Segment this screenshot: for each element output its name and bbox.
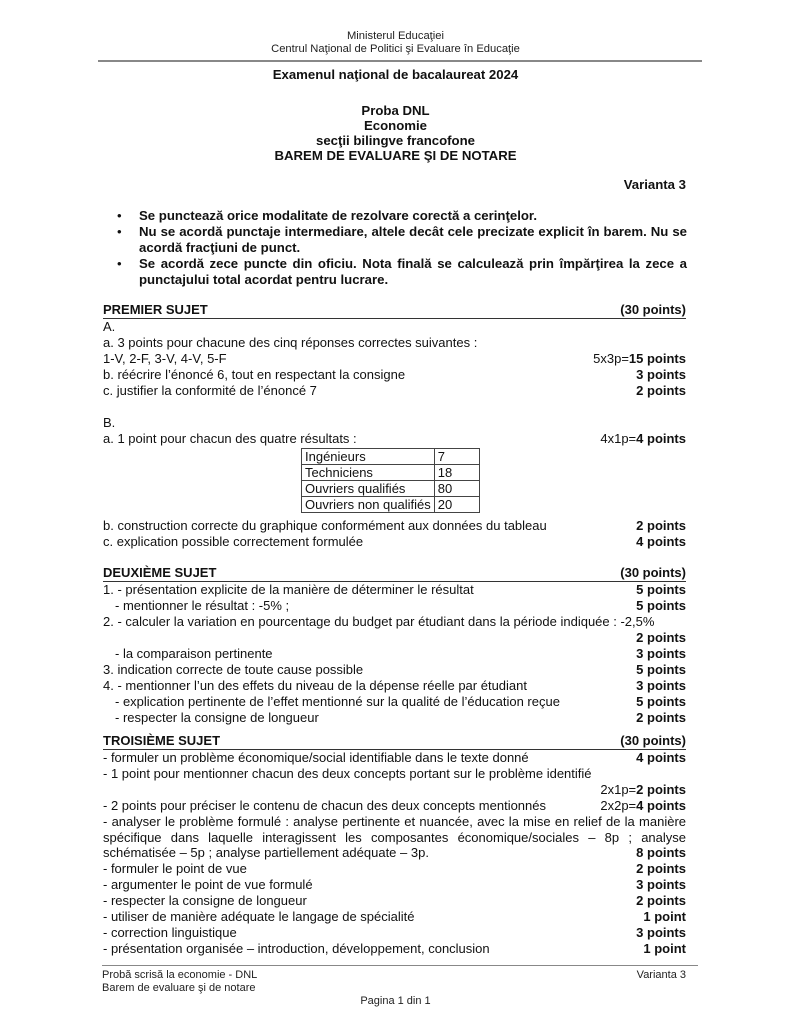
exam-title: Examenul naţional de bacalaureat 2024 [0,67,791,83]
item-points: 2 points [636,518,686,534]
center-name: Centrul Naţional de Politici şi Evaluare… [0,43,791,56]
section-points: (30 points) [620,733,686,749]
deuxieme-sujet: DEUXIÈME SUJET (30 points) 1. - présenta… [103,565,686,726]
value-cell: 80 [434,481,479,497]
item-text: c. justifier la conformité de l’énoncé 7 [103,383,317,399]
points-value: 5 points [636,694,686,709]
points-value: 2 points [636,383,686,398]
item-row: 3. indication correcte de toute cause po… [103,662,686,678]
item-row: 4. - mentionner l’un des effets du nivea… [103,678,686,694]
category-cell: Techniciens [302,465,435,481]
points-value: 5 points [636,598,686,613]
item-text: - présentation organisée – introduction,… [103,941,490,957]
results-table: Ingénieurs7Techniciens18Ouvriers qualifi… [301,448,480,513]
section-points: (30 points) [620,565,686,581]
item-text: - analyser le problème formulé : analyse… [103,814,686,861]
item-row: 2x1p=2 points [103,782,686,798]
premier-sujet: PREMIER SUJET (30 points) A. a. 3 points… [103,302,686,447]
item-text: 2. - calculer la variation en pourcentag… [103,614,654,630]
points-value: 4 points [636,750,686,765]
section-points-text: (30 points) [620,302,686,317]
item-row: 2 points [103,630,686,646]
table-row: Techniciens18 [302,465,480,481]
value-cell: 7 [434,449,479,465]
item-text: - la comparaison pertinente [103,646,273,662]
points-value: 1 point [643,941,686,956]
table-row: Ouvriers non qualifiés20 [302,497,480,513]
points-value: 8 points [636,845,686,861]
table-row: Ingénieurs7 [302,449,480,465]
points-value: 4 points [636,431,686,446]
section-title: DEUXIÈME SUJET [103,565,216,581]
footer-left-2: Barem de evaluare şi de notare [102,982,255,995]
item-text: c. explication possible correctement for… [103,534,363,550]
item-points: 3 points [636,367,686,383]
item-row: a. 3 points pour chacune des cinq répons… [103,335,686,351]
item-text: 4. - mentionner l’un des effets du nivea… [103,678,527,694]
item-points: 5x3p=15 points [593,351,686,367]
instructions-list: •Se punctează orice modalitate de rezolv… [120,208,687,288]
proba-title: Proba DNL [0,103,791,119]
item-text: b. réécrire l’énoncé 6, tout en respecta… [103,367,405,383]
item-text: - explication pertinente de l’effet ment… [103,694,560,710]
item-row: - utiliser de manière adéquate le langag… [103,909,686,925]
part-a-label: A. [103,319,115,335]
instruction-item: •Se acordă zece puncte din oficiu. Nota … [120,256,687,288]
points-value: 5 points [636,662,686,677]
item-row: a. 1 point pour chacun des quatre résult… [103,431,686,447]
section-points-text: (30 points) [620,565,686,580]
item-text: - respecter la consigne de longueur [103,710,319,726]
footer-left-1: Probă scrisă la economie - DNL [102,969,257,982]
points-value: 3 points [636,877,686,892]
item-row: - explication pertinente de l’effet ment… [103,694,686,710]
item-row: - la comparaison pertinente 3 points [103,646,686,662]
points-value: 3 points [636,925,686,940]
points-value: 15 points [629,351,686,366]
item-row: - 1 point pour mentionner chacun des deu… [103,766,686,782]
category-cell: Ouvriers qualifiés [302,481,435,497]
item-text: 1. - présentation explicite de la manièr… [103,582,474,598]
bullet-icon: • [117,224,122,240]
item-row: c. explication possible correctement for… [103,534,686,550]
item-row: 2. - calculer la variation en pourcentag… [103,614,686,630]
instruction-item: •Nu se acordă punctaje intermediare, alt… [120,224,687,256]
points-value: 4 points [636,534,686,549]
points-value: 3 points [636,367,686,382]
item-row: c. justifier la conformité de l’énoncé 7… [103,383,686,399]
item-text: a. 3 points pour chacune des cinq répons… [103,335,477,351]
points-value: 2 points [636,782,686,797]
item-row: - correction linguistique 3 points [103,925,686,941]
points-value: 2 points [636,710,686,725]
table-row: Ouvriers qualifiés80 [302,481,480,497]
item-text: - 1 point pour mentionner chacun des deu… [103,766,592,782]
points-value: 5 points [636,582,686,597]
item-row: - 2 points pour préciser le contenu de c… [103,798,686,814]
points-calc: 5x3p= [593,351,629,366]
points-value: 3 points [636,678,686,693]
premier-sujet-b: b. construction correcte du graphique co… [103,518,686,550]
points-value: 4 points [636,798,686,813]
item-row: - respecter la consigne de longueur 2 po… [103,710,686,726]
barem-title: BAREM DE EVALUARE ŞI DE NOTARE [0,148,791,164]
section-points: (30 points) [620,302,686,318]
points-value: 2 points [636,630,686,645]
item-points: 4x1p=4 points [600,431,686,447]
bullet-icon: • [117,208,122,224]
points-value: 2 points [636,893,686,908]
item-text: a. 1 point pour chacun des quatre résult… [103,431,357,447]
section-title: secţii bilingve francofone [0,133,791,149]
item-row: - analyser le problème formulé : analyse… [103,814,686,861]
item-row: b. réécrire l’énoncé 6, tout en respecta… [103,367,686,383]
item-points: 4 points [636,534,686,550]
item-text: - utiliser de manière adéquate le langag… [103,909,414,925]
subject-title: Economie [0,118,791,134]
points-calc: 2x2p= [600,798,636,813]
item-row: - respecter la consigne de longueur 2 po… [103,893,686,909]
item-row: 1-V, 2-F, 3-V, 4-V, 5-F 5x3p=15 points [103,351,686,367]
item-text: - respecter la consigne de longueur [103,893,307,909]
item-row: - formuler le point de vue 2 points [103,861,686,877]
part-label: A. [103,319,686,335]
footer-rule [102,965,698,966]
section-header: DEUXIÈME SUJET (30 points) [103,565,686,582]
section-header: PREMIER SUJET (30 points) [103,302,686,319]
section-points-text: (30 points) [620,733,686,748]
category-cell: Ingénieurs [302,449,435,465]
value-cell: 20 [434,497,479,513]
instruction-text: Se acordă zece puncte din oficiu. Nota f… [139,256,687,287]
instruction-text: Se punctează orice modalitate de rezolva… [139,208,537,223]
part-b-label: B. [103,415,115,431]
item-row: b. construction correcte du graphique co… [103,518,686,534]
item-row: - présentation organisée – introduction,… [103,941,686,957]
item-text: 3. indication correcte de toute cause po… [103,662,363,678]
answers-text: 1-V, 2-F, 3-V, 4-V, 5-F [103,351,227,367]
section-title: TROISIÈME SUJET [103,733,220,749]
item-points: 2 points [636,383,686,399]
item-text: - mentionner le résultat : -5% ; [103,598,289,614]
page-number: Pagina 1 din 1 [0,995,791,1008]
section-header: TROISIÈME SUJET (30 points) [103,733,686,750]
item-text: - formuler un problème économique/social… [103,750,529,766]
section-title: PREMIER SUJET [103,302,208,318]
points-value: 2 points [636,518,686,533]
bullet-icon: • [117,256,122,272]
variant-label: Varianta 3 [624,177,686,192]
value-cell: 18 [434,465,479,481]
points-calc: 4x1p= [600,431,636,446]
part-label: B. [103,415,686,431]
item-row: - mentionner le résultat : -5% ; 5 point… [103,598,686,614]
instruction-item: •Se punctează orice modalitate de rezolv… [120,208,687,224]
footer-variant: Varianta 3 [637,969,686,982]
points-value: 3 points [636,646,686,661]
item-text: - 2 points pour préciser le contenu de c… [103,798,546,814]
category-cell: Ouvriers non qualifiés [302,497,435,513]
item-text: - formuler le point de vue [103,861,247,877]
ministry-name: Ministerul Educaţiei [0,30,791,43]
points-value: 1 point [643,909,686,924]
item-text: - argumenter le point de vue formulé [103,877,313,893]
points-calc: 2x1p= [600,782,636,797]
item-row: - argumenter le point de vue formulé 3 p… [103,877,686,893]
item-row: - formuler un problème économique/social… [103,750,686,766]
item-text: b. construction correcte du graphique co… [103,518,547,534]
item-text: - correction linguistique [103,925,237,941]
header-rule [98,60,702,62]
troisieme-sujet: TROISIÈME SUJET (30 points) - formuler u… [103,733,686,957]
instruction-text: Nu se acordă punctaje intermediare, alte… [139,224,687,255]
points-value: 2 points [636,861,686,876]
item-row: 1. - présentation explicite de la manièr… [103,582,686,598]
